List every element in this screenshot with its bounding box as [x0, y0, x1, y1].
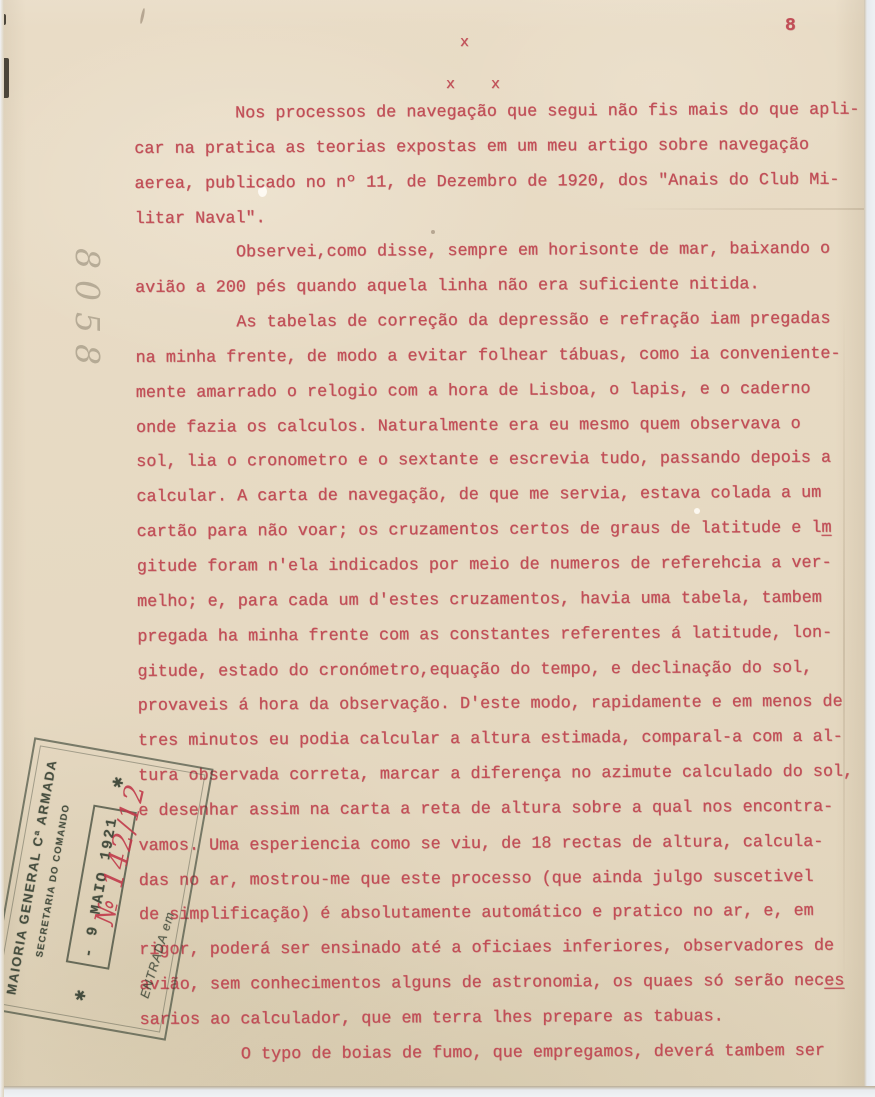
- text-line: cartão para não voar; os cruzamentos cer…: [137, 512, 875, 551]
- text-line: avião a 200 pés quando aquela linha não …: [135, 268, 875, 307]
- scan-edge-bottom: [0, 1086, 875, 1097]
- pencil-archive-number: 8058: [57, 224, 107, 400]
- text-line: avião, sem conhecimentos alguns de astro…: [139, 965, 875, 1004]
- section-separator-x-bottom: x x: [446, 76, 500, 93]
- text-line: As tabelas de correção da depressão e re…: [135, 303, 875, 342]
- text-line: aerea, publicado no nº 11, de Dezembro d…: [134, 163, 874, 202]
- text-line: e desenhar assim na carta a reta de altu…: [138, 790, 875, 829]
- text-line: Nos processos de navegação que segui não…: [134, 93, 874, 132]
- text-line: litar Naval".: [135, 198, 875, 237]
- text-line: tura observada correta, marcar a diferen…: [138, 755, 875, 794]
- text-line: tres minutos eu podia calcular a altura …: [138, 721, 875, 760]
- text-line: calcular. A carta de navegação, de que m…: [136, 477, 875, 516]
- text-line: gitude, estado do cronómetro,equação do …: [137, 651, 875, 690]
- text-line: rigor, poderá ser ensinado até a oficiae…: [139, 930, 875, 969]
- text-line: car na pratica as teorias expostas em um…: [134, 128, 874, 167]
- section-separator-x-top: x: [460, 34, 469, 51]
- text-line: de simplificação) é absolutamente automá…: [139, 895, 875, 934]
- scan-edge-left: [0, 0, 4, 1097]
- page-number: 8: [785, 16, 796, 36]
- text-line: Observei,como disse, sempre em horisonte…: [135, 233, 875, 272]
- text-line: na minha frente, de modo a evitar folhea…: [135, 337, 875, 376]
- text-line: provaveis á hora da observação. D'este m…: [138, 686, 875, 725]
- text-line: sarios ao calculador, que em terra lhes …: [140, 999, 875, 1038]
- typewritten-text-body: Nos processos de navegação que segui não…: [134, 93, 875, 1073]
- pencil-tick-mark: [139, 8, 145, 24]
- text-line: O typo de boias de fumo, que empregamos,…: [140, 1034, 875, 1073]
- star-icon: ✱: [71, 988, 90, 1003]
- scanned-document-page: 8 x x x Nos processos de navegação que s…: [0, 0, 875, 1097]
- stamp-entry-label: ENTRADA em: [138, 910, 178, 1000]
- text-line: vamos. Uma esperiencia como se viu, de 1…: [138, 825, 875, 864]
- text-line: melho; e, para cada um d'estes cruzament…: [137, 581, 875, 620]
- text-line: mente amarrado o relogio com a hora de L…: [136, 372, 875, 411]
- text-line: das no ar, mostrou-me que este processo …: [139, 860, 875, 899]
- text-line: gitude foram n'ela indicados por meio de…: [137, 546, 875, 585]
- text-line: sol, lia o cronometro e o sextante e esc…: [136, 442, 875, 481]
- text-line: onde fazia os calculos. Naturalmente era…: [136, 407, 875, 446]
- scan-edge-right: [864, 0, 875, 1097]
- text-line: pregada ha minha frente com as constante…: [137, 616, 875, 655]
